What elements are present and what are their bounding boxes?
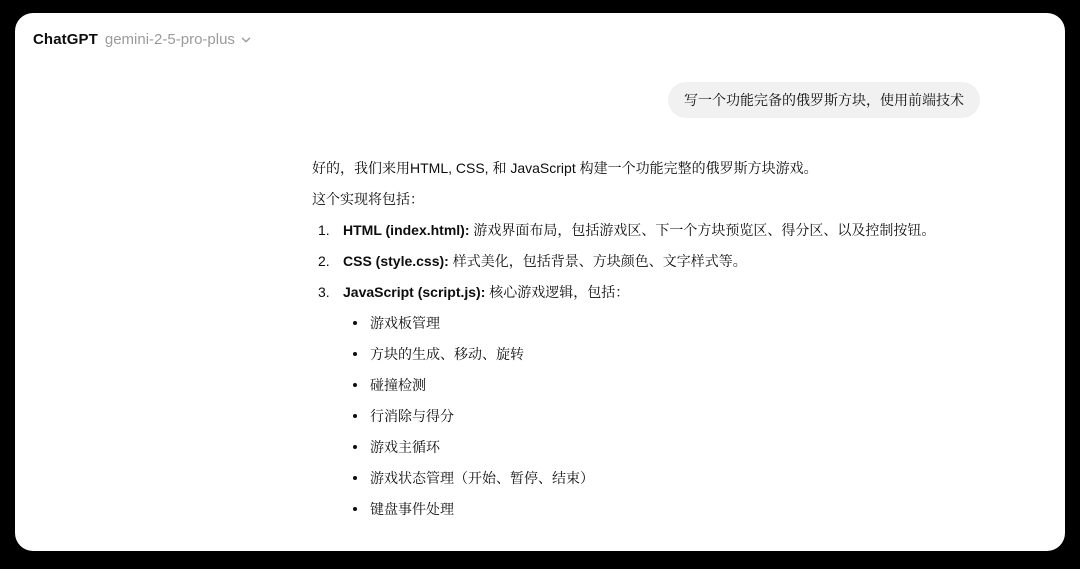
- model-name: gemini-2-5-pro-plus: [105, 31, 235, 48]
- bullet-list-item: 游戏主循环: [312, 431, 1015, 462]
- bullet-list-item: 游戏状态管理（开始、暂停、结束）: [312, 462, 1015, 493]
- chatgpt-window: ChatGPT gemini-2-5-pro-plus 写一个功能完备的俄罗斯方…: [15, 13, 1065, 551]
- bullet-icon: [353, 445, 357, 449]
- bullet-icon: [353, 476, 357, 480]
- bullet-text: 方块的生成、移动、旋转: [370, 344, 524, 364]
- assistant-intro-text: 好的，我们来用HTML, CSS, 和 JavaScript 构建一个功能完整的…: [312, 158, 818, 178]
- bullet-icon: [353, 321, 357, 325]
- bullet-icon: [353, 352, 357, 356]
- bullet-list-item: 键盘事件处理: [312, 493, 1015, 524]
- bullet-icon: [353, 414, 357, 418]
- header: ChatGPT gemini-2-5-pro-plus: [33, 26, 252, 52]
- assistant-paragraph: 好的，我们来用HTML, CSS, 和 JavaScript 构建一个功能完整的…: [312, 152, 1015, 183]
- bullet-icon: [353, 383, 357, 387]
- bullet-list-item: 行消除与得分: [312, 400, 1015, 431]
- list-item-text: CSS (style.css): 样式美化，包括背景、方块颜色、文字样式等。: [343, 251, 747, 271]
- list-item-text: JavaScript (script.js): 核心游戏逻辑，包括：: [343, 282, 629, 302]
- bullet-text: 键盘事件处理: [370, 499, 454, 519]
- bullet-list-item: 方块的生成、移动、旋转: [312, 338, 1015, 369]
- chevron-down-icon: [240, 34, 252, 46]
- bullet-text: 碰撞检测: [370, 375, 426, 395]
- bullet-icon: [353, 507, 357, 511]
- ordered-list-item: 2. CSS (style.css): 样式美化，包括背景、方块颜色、文字样式等…: [312, 245, 1015, 276]
- ordered-list-item: 1. HTML (index.html): 游戏界面布局，包括游戏区、下一个方块…: [312, 214, 1015, 245]
- bullet-text: 游戏板管理: [370, 313, 440, 333]
- user-message-bubble: 写一个功能完备的俄罗斯方块，使用前端技术: [668, 82, 980, 118]
- list-number: 3.: [318, 284, 343, 300]
- ordered-list-item: 3. JavaScript (script.js): 核心游戏逻辑，包括：: [312, 276, 1015, 307]
- bullet-text: 游戏状态管理（开始、暂停、结束）: [370, 468, 594, 488]
- bullet-list-item: 游戏板管理: [312, 307, 1015, 338]
- bullet-text: 行消除与得分: [370, 406, 454, 426]
- list-number: 2.: [318, 253, 343, 269]
- list-item-text: HTML (index.html): 游戏界面布局，包括游戏区、下一个方块预览区…: [343, 220, 935, 240]
- assistant-paragraph: 这个实现将包括：: [312, 183, 1015, 214]
- bullet-list-item: 碰撞检测: [312, 369, 1015, 400]
- bullet-text: 游戏主循环: [370, 437, 440, 457]
- assistant-leadin-text: 这个实现将包括：: [312, 189, 424, 209]
- user-message-text: 写一个功能完备的俄罗斯方块，使用前端技术: [684, 90, 964, 110]
- model-switcher-button[interactable]: gemini-2-5-pro-plus: [105, 31, 252, 48]
- assistant-message: 好的，我们来用HTML, CSS, 和 JavaScript 构建一个功能完整的…: [312, 152, 1015, 524]
- app-title: ChatGPT: [33, 31, 98, 48]
- list-number: 1.: [318, 222, 343, 238]
